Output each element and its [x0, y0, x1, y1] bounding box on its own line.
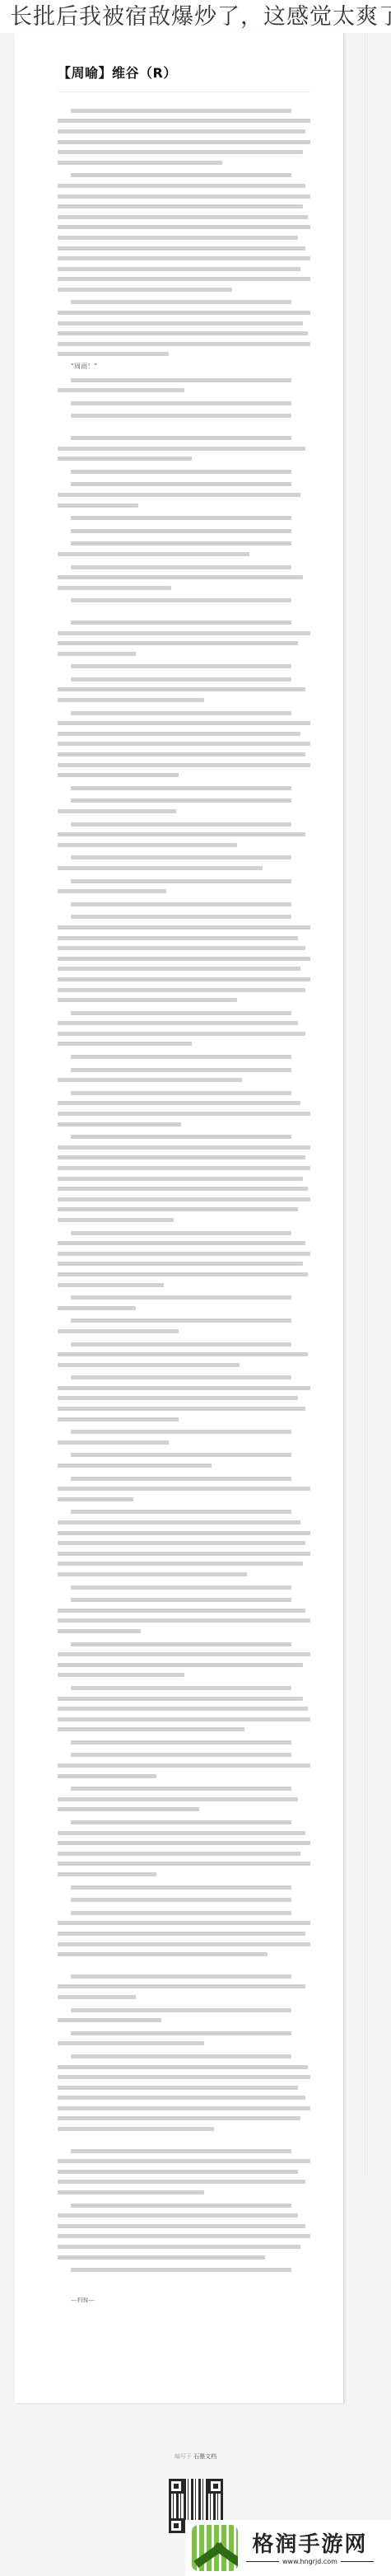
text-line-placeholder	[58, 2241, 310, 2252]
text-line-placeholder	[58, 2082, 310, 2093]
text-line-placeholder	[58, 1693, 310, 1704]
text-line-placeholder	[58, 1098, 310, 1109]
text-line-placeholder	[58, 1760, 310, 1771]
text-line-placeholder	[58, 806, 310, 817]
text-line-placeholder	[58, 1008, 310, 1019]
text-line-placeholder	[58, 674, 310, 685]
text-line-placeholder	[58, 1303, 310, 1314]
text-line-placeholder	[58, 1703, 310, 1714]
text-line-placeholder	[58, 685, 310, 696]
text-line-placeholder	[58, 549, 310, 560]
text-line-placeholder	[58, 1483, 310, 1494]
paragraph	[58, 513, 310, 523]
paragraph	[58, 526, 310, 536]
paragraph	[58, 662, 310, 672]
text-line-placeholder	[58, 222, 310, 233]
watermark-name: 格润手游网	[246, 2532, 374, 2558]
text-line-placeholder	[58, 1737, 310, 1748]
text-line-placeholder	[58, 339, 310, 349]
paragraph	[58, 480, 310, 511]
text-line-placeholder	[58, 974, 310, 985]
text-line-placeholder	[58, 1205, 310, 1215]
text-line-placeholder	[58, 2072, 310, 2082]
text-line-placeholder	[58, 349, 310, 360]
text-line-placeholder	[58, 526, 310, 536]
paragraph	[58, 1882, 310, 1893]
text-line-placeholder	[58, 628, 310, 639]
text-line-placeholder	[58, 1805, 310, 1815]
document-body: “周雨！”	[58, 105, 310, 2275]
paragraph	[58, 1292, 310, 1313]
text-line-placeholder	[58, 243, 310, 254]
text-line-placeholder	[58, 876, 310, 887]
text-line-placeholder	[58, 912, 310, 923]
text-line-placeholder	[58, 1869, 310, 1880]
document-viewer: 【周喻】维谷（R） “周雨！” —FIN—	[0, 33, 391, 2403]
end-mark: —FIN—	[58, 2297, 310, 2304]
paragraph	[58, 1971, 310, 2002]
paragraph	[58, 876, 310, 897]
text-line-placeholder	[58, 617, 310, 628]
text-line-placeholder	[58, 1794, 310, 1805]
paragraph	[58, 819, 310, 850]
paragraph	[58, 1450, 310, 1471]
text-line-placeholder	[58, 1494, 310, 1505]
paragraph	[58, 1316, 310, 1337]
text-line-placeholder	[58, 1039, 310, 1050]
text-line-placeholder	[58, 2200, 310, 2211]
text-line-placeholder	[58, 2146, 310, 2157]
text-line-placeholder	[58, 1339, 310, 1350]
text-line-placeholder	[58, 1088, 310, 1098]
text-line-placeholder	[58, 964, 310, 975]
text-line-placeholder	[58, 572, 310, 583]
paragraph	[58, 539, 310, 560]
text-line-placeholder	[58, 466, 310, 477]
text-line-placeholder	[58, 1548, 310, 1559]
text-line-placeholder	[58, 1895, 310, 1905]
text-line-placeholder	[58, 2221, 310, 2232]
site-watermark: 格润手游网 www.hngrjd.com	[185, 2520, 391, 2576]
text-line-placeholder	[58, 398, 310, 409]
text-line-placeholder	[58, 1538, 310, 1548]
text-line-placeholder	[58, 1437, 310, 1448]
paragraph	[58, 1051, 310, 1062]
text-line-placeholder	[58, 943, 310, 953]
text-line-placeholder	[58, 1373, 310, 1384]
text-line-placeholder	[58, 2232, 310, 2242]
text-line-placeholder	[58, 1269, 310, 1280]
footer-attribution: 编写于 石墨文档	[0, 2452, 391, 2461]
text-line-placeholder	[58, 453, 310, 464]
text-line-placeholder	[58, 1517, 310, 1528]
text-line-placeholder	[58, 274, 310, 285]
text-line-placeholder	[58, 953, 310, 964]
text-line-placeholder	[58, 1183, 310, 1194]
text-line-placeholder	[58, 1292, 310, 1303]
text-line-placeholder	[58, 157, 310, 168]
text-line-placeholder	[58, 1859, 310, 1870]
text-line-placeholder	[58, 708, 310, 719]
text-line-placeholder	[58, 1982, 310, 1993]
text-line-placeholder	[58, 2005, 310, 2016]
text-line-placeholder	[58, 1131, 310, 1142]
paragraph	[58, 783, 310, 794]
text-line-placeholder	[58, 2124, 310, 2134]
page-title: 长批后我被宿敌爆炒了，这感觉太爽了	[0, 0, 391, 33]
text-line-placeholder	[58, 1928, 310, 1939]
watermark-url: www.hngrjd.com	[246, 2558, 374, 2565]
text-line-placeholder	[58, 783, 310, 794]
text-line-placeholder	[58, 1783, 310, 1794]
paragraph	[58, 853, 310, 873]
paragraph	[58, 1817, 310, 1880]
text-line-placeholder	[58, 1426, 310, 1437]
text-line-placeholder	[58, 760, 310, 770]
paragraph	[58, 411, 310, 422]
text-line-placeholder	[58, 2187, 310, 2198]
paragraph	[58, 1582, 310, 1593]
paragraph	[58, 2200, 310, 2263]
paragraph	[58, 1339, 310, 1370]
text-line-placeholder	[58, 1393, 310, 1404]
paragraph	[58, 466, 310, 477]
text-line-placeholder	[58, 253, 310, 264]
text-line-placeholder	[58, 539, 310, 550]
attribution-prefix: 编写于	[175, 2453, 192, 2460]
text-line-placeholder	[58, 1992, 310, 2002]
text-line-placeholder	[58, 480, 310, 490]
text-line-placeholder	[58, 2265, 310, 2275]
text-line-placeholder	[58, 385, 310, 396]
paragraph	[58, 1228, 310, 1290]
text-line-placeholder	[58, 191, 310, 202]
text-line-placeholder	[58, 1349, 310, 1360]
text-line-placeholder	[58, 829, 310, 840]
text-line-placeholder	[58, 739, 310, 750]
paragraph	[58, 105, 310, 168]
text-line-placeholder	[58, 489, 310, 500]
paragraph	[58, 1737, 310, 1748]
text-line-placeholder	[58, 1569, 310, 1580]
text-line-placeholder	[58, 137, 310, 148]
text-line-placeholder	[58, 1248, 310, 1259]
text-line-placeholder	[58, 1108, 310, 1119]
paragraph	[58, 1088, 310, 1129]
paragraph	[58, 1639, 310, 1680]
text-line-placeholder	[58, 297, 310, 308]
text-line-placeholder	[58, 284, 310, 295]
text-line-placeholder	[58, 1228, 310, 1239]
paragraph	[58, 1908, 310, 1960]
text-line-placeholder	[58, 1075, 310, 1085]
text-line-placeholder	[58, 1142, 310, 1153]
scrollbar-track[interactable]	[365, 33, 368, 2176]
text-line-placeholder	[58, 433, 310, 443]
text-line-placeholder	[58, 1528, 310, 1539]
text-line-placeholder	[58, 1450, 310, 1461]
paragraph	[58, 1426, 310, 1447]
text-line-placeholder	[58, 1383, 310, 1393]
text-line-placeholder	[58, 1670, 310, 1681]
paragraph	[58, 1065, 310, 1085]
paragraph	[58, 596, 310, 607]
text-line-placeholder	[58, 1908, 310, 1918]
text-line-placeholder	[58, 126, 310, 137]
text-line-placeholder	[58, 1605, 310, 1616]
text-line-placeholder	[58, 171, 310, 181]
paragraph	[58, 297, 310, 360]
text-line-placeholder	[58, 2166, 310, 2177]
text-line-placeholder	[58, 2093, 310, 2104]
text-line-placeholder	[58, 1414, 310, 1425]
paragraph	[58, 375, 310, 396]
text-line-placeholder	[58, 1019, 310, 1029]
text-line-placeholder	[58, 749, 310, 760]
text-line-placeholder	[58, 1771, 310, 1782]
text-line-placeholder	[58, 770, 310, 780]
text-line-placeholder	[58, 840, 310, 850]
text-line-placeholder	[58, 1360, 310, 1370]
text-line-placeholder	[58, 1750, 310, 1761]
text-line-placeholder	[58, 2062, 310, 2073]
text-line-placeholder	[58, 695, 310, 705]
paragraph	[58, 674, 310, 705]
paragraph	[58, 796, 310, 817]
paragraph	[58, 1008, 310, 1049]
paragraph	[58, 899, 310, 910]
text-line-placeholder	[58, 1714, 310, 1725]
paragraph	[58, 2265, 310, 2275]
text-line-placeholder	[58, 886, 310, 897]
paragraph	[58, 171, 310, 295]
paragraph	[58, 1683, 310, 1735]
text-line-placeholder	[58, 1316, 310, 1327]
footer: 编写于 石墨文档 扫码 格润手游网 www.hngrjd.com	[0, 2403, 391, 2576]
text-line-placeholder	[58, 180, 310, 191]
text-line-placeholder	[58, 2177, 310, 2188]
text-line-placeholder	[58, 375, 310, 386]
attribution-brand-link[interactable]: 石墨文档	[193, 2453, 216, 2460]
paragraph	[58, 1131, 310, 1225]
paragraph	[58, 708, 310, 780]
text-line-placeholder	[58, 2156, 310, 2166]
text-line-placeholder	[58, 1725, 310, 1735]
text-line-placeholder	[58, 1971, 310, 1982]
text-line-placeholder	[58, 853, 310, 864]
paragraph	[58, 1895, 310, 1905]
paragraph	[58, 2028, 310, 2049]
text-line-placeholder	[58, 1848, 310, 1859]
text-line-placeholder	[58, 1817, 310, 1828]
text-line-placeholder	[58, 1828, 310, 1838]
paragraph: “周雨！”	[58, 362, 310, 372]
text-line-placeholder	[58, 1163, 310, 1173]
text-line-placeholder	[58, 1215, 310, 1225]
text-line-placeholder	[58, 819, 310, 830]
text-line-placeholder	[58, 1280, 310, 1290]
text-line-placeholder	[58, 2051, 310, 2062]
text-line-placeholder	[58, 328, 310, 339]
text-line-placeholder	[58, 583, 310, 593]
text-line-placeholder	[58, 638, 310, 649]
text-line-placeholder	[58, 1065, 310, 1075]
text-line-placeholder	[58, 1028, 310, 1039]
text-line-placeholder	[58, 863, 310, 873]
paragraph	[58, 2146, 310, 2198]
text-line-placeholder	[58, 1259, 310, 1270]
text-line-placeholder	[58, 1649, 310, 1660]
text-line-placeholder	[58, 318, 310, 329]
text-line-placeholder	[58, 2252, 310, 2263]
text-line-placeholder	[58, 2114, 310, 2124]
text-line-placeholder	[58, 2103, 310, 2114]
text-line-placeholder	[58, 1326, 310, 1337]
text-line-placeholder	[58, 1683, 310, 1693]
text-line-placeholder	[58, 105, 310, 116]
paragraph	[58, 1750, 310, 1782]
text-line-placeholder	[58, 1238, 310, 1248]
paragraph	[58, 617, 310, 658]
text-line-placeholder	[58, 562, 310, 573]
text-line-placeholder	[58, 307, 310, 318]
text-line-placeholder	[58, 1194, 310, 1205]
paragraph	[58, 1595, 310, 1636]
text-line-placeholder	[58, 1595, 310, 1605]
text-line-placeholder	[58, 2028, 310, 2039]
text-line-placeholder	[58, 443, 310, 454]
text-line-placeholder	[58, 922, 310, 933]
text-line-placeholder	[58, 1949, 310, 1960]
paragraph	[58, 2051, 310, 2134]
text-line-placeholder	[58, 796, 310, 807]
text-line-placeholder	[58, 899, 310, 910]
text-line-placeholder	[58, 1939, 310, 1950]
text-line-placeholder	[58, 116, 310, 127]
text-line-placeholder	[58, 500, 310, 511]
text-line-placeholder	[58, 212, 310, 222]
text-line-placeholder	[58, 649, 310, 659]
text-line-placeholder	[58, 1660, 310, 1670]
paragraph	[58, 1473, 310, 1505]
text-line-placeholder	[58, 985, 310, 995]
text-line-placeholder	[58, 2210, 310, 2221]
house-logo-icon	[192, 2525, 238, 2571]
text-line-placeholder	[58, 1119, 310, 1130]
text-line-placeholder	[58, 662, 310, 672]
text-line-placeholder	[58, 596, 310, 607]
text-line-placeholder	[58, 1507, 310, 1518]
paragraph	[58, 912, 310, 1005]
text-line-placeholder	[58, 232, 310, 243]
paragraph-text: “周雨！”	[58, 362, 310, 372]
text-line-placeholder	[58, 995, 310, 1005]
text-line-placeholder	[58, 1473, 310, 1484]
paragraph	[58, 562, 310, 593]
text-line-placeholder	[58, 264, 310, 274]
text-line-placeholder	[58, 411, 310, 422]
paragraph	[58, 2005, 310, 2026]
text-line-placeholder	[58, 1173, 310, 1184]
text-line-placeholder	[58, 1153, 310, 1164]
text-line-placeholder	[58, 147, 310, 157]
text-line-placeholder	[58, 1403, 310, 1414]
text-line-placeholder	[58, 2039, 310, 2049]
document-card: 【周喻】维谷（R） “周雨！” —FIN—	[15, 33, 344, 2403]
text-line-placeholder	[58, 1616, 310, 1627]
text-line-placeholder	[58, 2015, 310, 2026]
text-line-placeholder	[58, 1582, 310, 1593]
text-line-placeholder	[58, 513, 310, 523]
document-heading: 【周喻】维谷（R）	[58, 63, 310, 92]
text-line-placeholder	[58, 1838, 310, 1848]
text-line-placeholder	[58, 933, 310, 944]
text-line-placeholder	[58, 1051, 310, 1062]
text-line-placeholder	[58, 718, 310, 728]
text-line-placeholder	[58, 1460, 310, 1471]
text-line-placeholder	[58, 728, 310, 739]
text-line-placeholder	[58, 1626, 310, 1637]
text-line-placeholder	[58, 1639, 310, 1650]
text-line-placeholder	[58, 201, 310, 212]
paragraph	[58, 398, 310, 409]
paragraph	[58, 1507, 310, 1580]
paragraph	[58, 1783, 310, 1815]
text-line-placeholder	[58, 1882, 310, 1893]
text-line-placeholder	[58, 1559, 310, 1570]
paragraph	[58, 433, 310, 464]
text-line-placeholder	[58, 1918, 310, 1929]
paragraph	[58, 1373, 310, 1425]
